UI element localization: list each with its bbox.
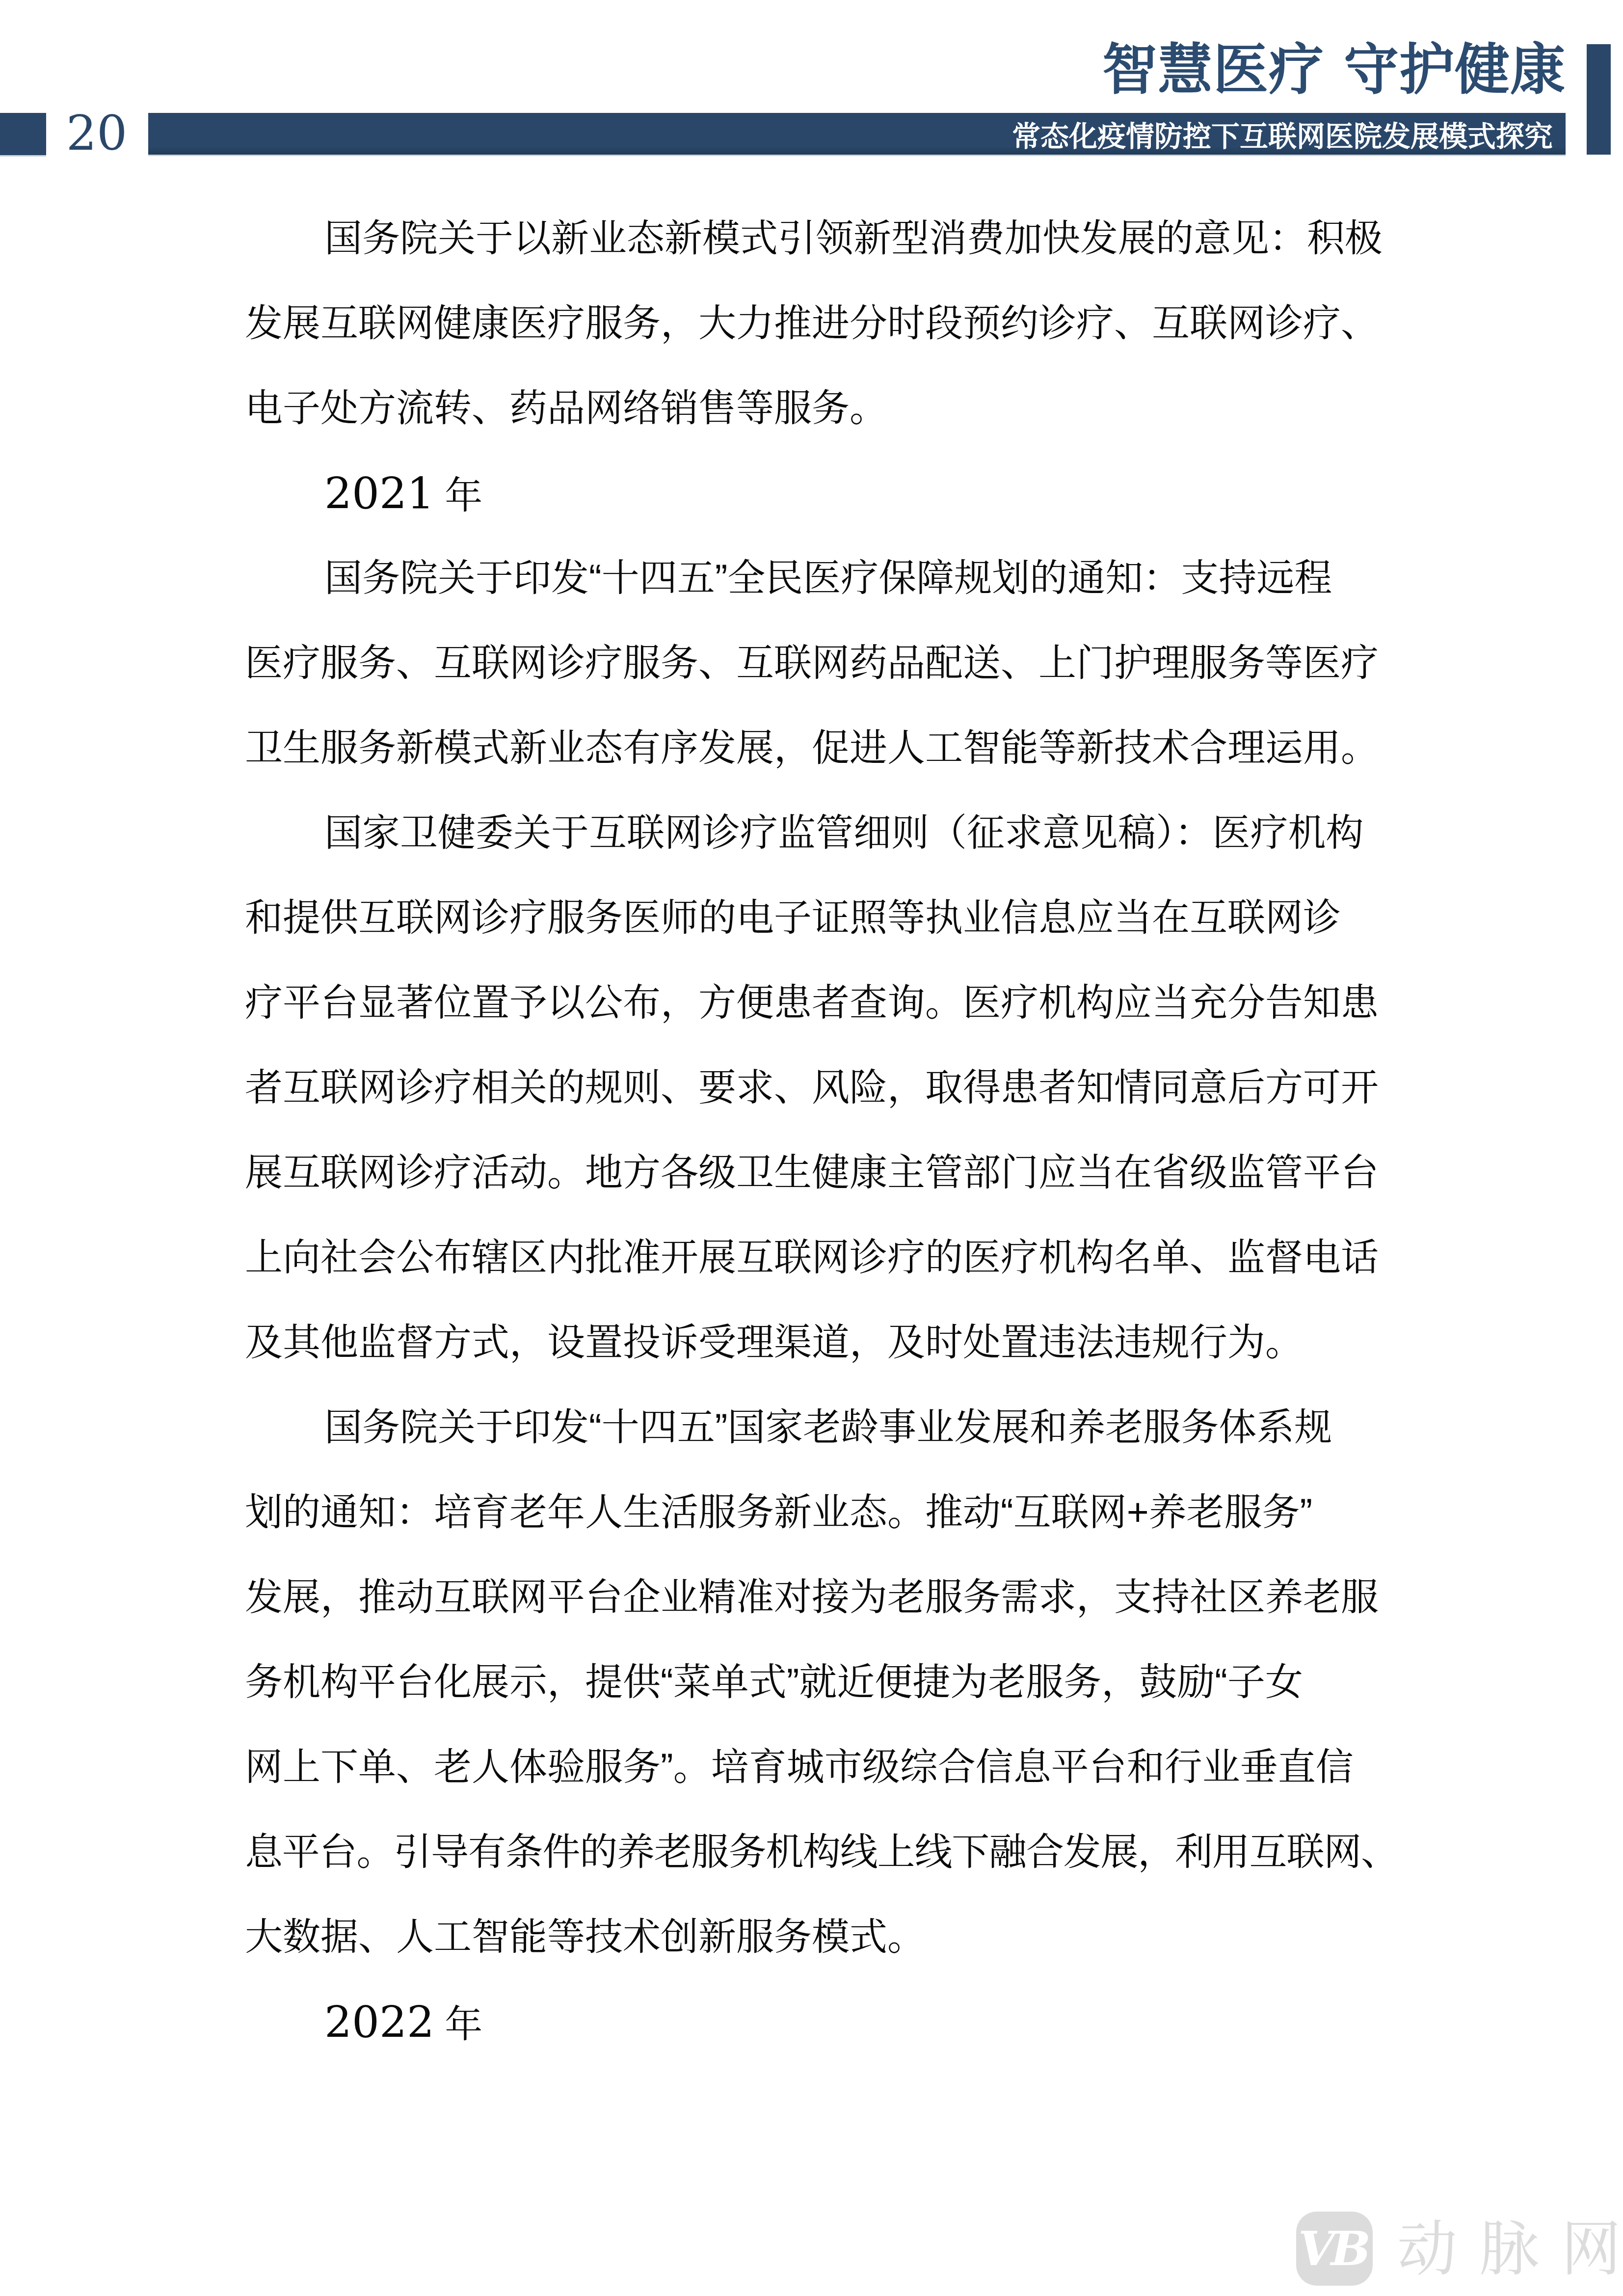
paragraph: 国务院关于印发“十四五”国家老龄事业发展和养老服务体系规划的通知：培育老年人生活… — [245, 1385, 1423, 1980]
body-line: 卫生服务新模式新业态有序发展，促进人工智能等新技术合理运用。 — [245, 706, 1423, 791]
header-side-bar — [1587, 44, 1611, 155]
body-line: 疗平台显著位置予以公布，方便患者查询。医疗机构应当充分告知患 — [245, 961, 1423, 1046]
body-line: 发展，推动互联网平台企业精准对接为老服务需求，支持社区养老服 — [245, 1555, 1423, 1640]
body-line: 及其他监督方式，设置投诉受理渠道，及时处置违法违规行为。 — [245, 1300, 1423, 1385]
header-bar: 常态化疫情防控下互联网医院发展模式探究 — [148, 113, 1566, 155]
body-line: 展互联网诊疗活动。地方各级卫生健康主管部门应当在省级监管平台 — [245, 1131, 1423, 1216]
watermark-brand: 动脉网 — [1397, 2219, 1623, 2279]
body-line: 国务院关于印发“十四五”全民医疗保障规划的通知：支持远程 — [245, 536, 1423, 621]
body-line: 国务院关于印发“十四五”国家老龄事业发展和养老服务体系规 — [245, 1385, 1423, 1470]
year-digits: 2021 — [324, 468, 434, 519]
page-number: 20 — [58, 112, 135, 155]
paragraph: 2021 年 — [245, 451, 1423, 536]
report-subtitle: 常态化疫情防控下互联网医院发展模式探究 — [1012, 113, 1553, 155]
watermark: VB 动脉网 — [1296, 2212, 1623, 2286]
body-line: 电子处方流转、药品网络销售等服务。 — [245, 366, 1423, 451]
body-line: 务机构平台化展示，提供“菜单式”就近便捷为老服务，鼓励“子女 — [245, 1640, 1423, 1725]
document-page: 20 智慧医疗 守护健康 常态化疫情防控下互联网医院发展模式探究 国务院关于以新… — [0, 0, 1623, 2296]
report-title: 智慧医疗 守护健康 — [1102, 41, 1566, 99]
body-line: 和提供互联网诊疗服务医师的电子证照等执业信息应当在互联网诊 — [245, 876, 1423, 961]
body-line: 息平台。引导有条件的养老服务机构线上线下融合发展，利用互联网、 — [245, 1810, 1423, 1895]
body-line: 大数据、人工智能等技术创新服务模式。 — [245, 1895, 1423, 1980]
page-number-square — [0, 113, 46, 155]
year-digits: 2022 — [324, 1997, 434, 2048]
vb-logo-icon: VB — [1296, 2212, 1373, 2286]
body-line: 上向社会公布辖区内批准开展互联网诊疗的医疗机构名单、监督电话 — [245, 1216, 1423, 1300]
body-line: 国务院关于以新业态新模式引领新型消费加快发展的意见：积极 — [245, 196, 1423, 281]
body-line: 医疗服务、互联网诊疗服务、互联网药品配送、上门护理服务等医疗 — [245, 621, 1423, 706]
body-line: 国家卫健委关于互联网诊疗监管细则（征求意见稿）：医疗机构 — [245, 791, 1423, 876]
document-body: 国务院关于以新业态新模式引领新型消费加快发展的意见：积极发展互联网健康医疗服务，… — [245, 196, 1423, 2065]
body-line: 者互联网诊疗相关的规则、要求、风险，取得患者知情同意后方可开 — [245, 1046, 1423, 1131]
paragraph: 国家卫健委关于互联网诊疗监管细则（征求意见稿）：医疗机构和提供互联网诊疗服务医师… — [245, 791, 1423, 1385]
body-line: 网上下单、老人体验服务”。培育城市级综合信息平台和行业垂直信 — [245, 1725, 1423, 1810]
paragraph: 国务院关于以新业态新模式引领新型消费加快发展的意见：积极发展互联网健康医疗服务，… — [245, 196, 1423, 451]
body-line: 2022 年 — [245, 1980, 1423, 2065]
body-line: 划的通知：培育老年人生活服务新业态。推动“互联网+养老服务” — [245, 1470, 1423, 1555]
vb-logo-letters: VB — [1298, 2221, 1367, 2276]
body-line: 发展互联网健康医疗服务，大力推进分时段预约诊疗、互联网诊疗、 — [245, 281, 1423, 366]
paragraph: 国务院关于印发“十四五”全民医疗保障规划的通知：支持远程医疗服务、互联网诊疗服务… — [245, 536, 1423, 791]
paragraph: 2022 年 — [245, 1980, 1423, 2065]
body-line: 2021 年 — [245, 451, 1423, 536]
